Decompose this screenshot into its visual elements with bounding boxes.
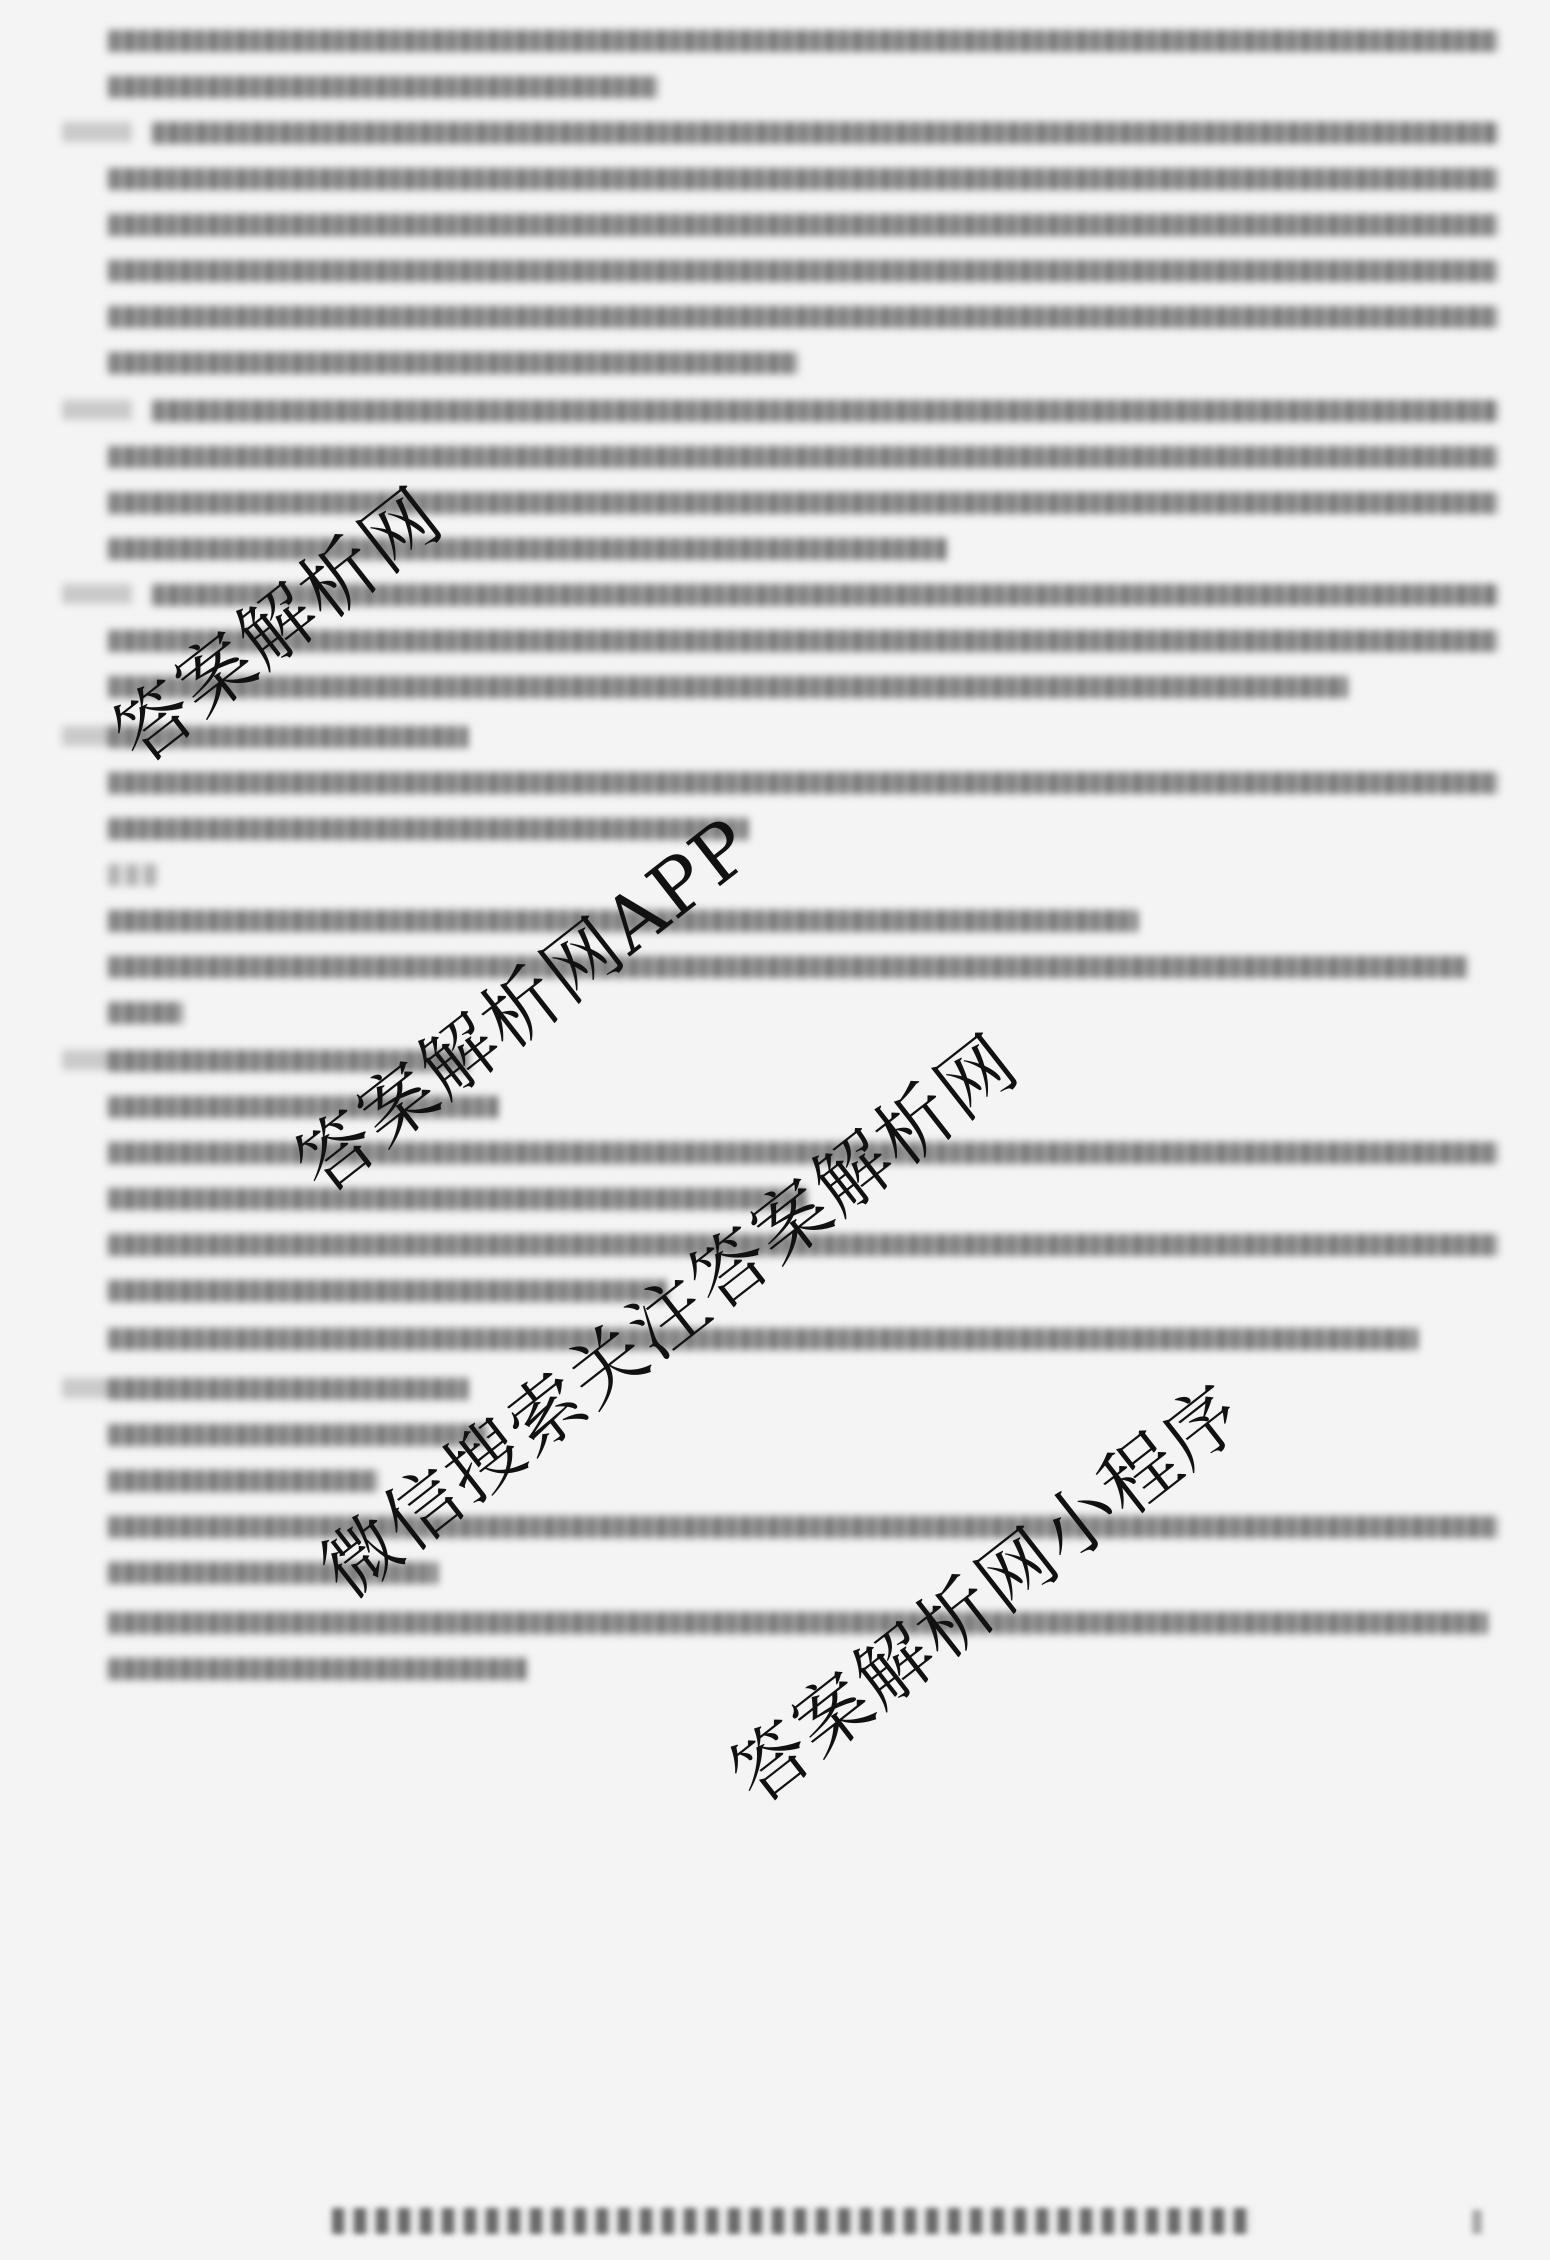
footer-text [332, 2208, 1252, 2234]
text-line [108, 168, 1498, 190]
text-line [108, 1280, 668, 1302]
blurred-body-text [0, 0, 1550, 2260]
question-number [62, 1050, 112, 1070]
text-line [108, 1328, 1418, 1350]
text-line [108, 260, 1498, 282]
text-line [108, 1188, 808, 1210]
text-line [108, 1378, 468, 1400]
text-line [152, 400, 1498, 422]
question-number [62, 726, 112, 746]
text-line [108, 76, 658, 98]
question-number [62, 400, 132, 420]
text-line [108, 1470, 378, 1492]
text-line [108, 818, 748, 840]
text-line [108, 1612, 1488, 1634]
footer-page-number [1472, 2210, 1482, 2234]
text-line [108, 956, 1468, 978]
document-page: 答案解析网 答案解析网APP 微信搜索关注答案解析网 答案解析网小程序 [0, 0, 1550, 2260]
text-line [108, 538, 948, 560]
text-line [108, 30, 1498, 52]
text-line [108, 352, 798, 374]
text-line [152, 122, 1498, 144]
text-line [108, 676, 1348, 698]
question-number [62, 1378, 112, 1398]
text-line [108, 492, 1498, 514]
text-line [108, 446, 1498, 468]
text-line [108, 306, 1498, 328]
text-line [108, 772, 1498, 794]
text-line [108, 1424, 488, 1446]
text-line [108, 214, 1498, 236]
question-number [62, 584, 132, 604]
text-line [108, 1658, 528, 1680]
text-line [108, 864, 158, 886]
question-number [62, 122, 132, 142]
text-line [108, 1002, 183, 1024]
